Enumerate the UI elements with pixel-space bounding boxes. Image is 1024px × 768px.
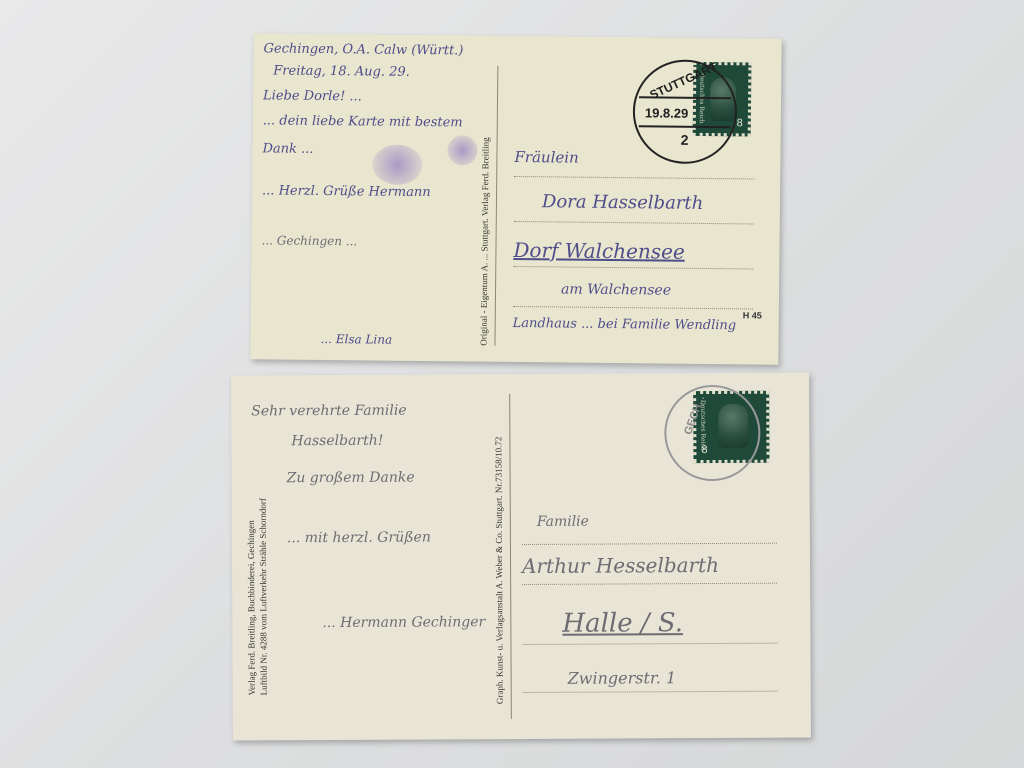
postmark: STUTTGART 19.8.29 2 — [632, 59, 737, 164]
address-line-4: am Walchensee — [561, 281, 671, 298]
postmark-number: 2 — [681, 132, 689, 148]
address-line-1: Familie — [537, 514, 589, 530]
message-line: Sehr verehrte Familie — [251, 403, 406, 420]
stamp-value: 8 — [737, 117, 743, 129]
message-line: Freitag, 18. Aug. 29. — [273, 63, 410, 79]
postmark-date: 19.8.29 — [645, 105, 689, 120]
card-number: H 45 — [743, 310, 762, 320]
message-line: ... Elsa Lina — [320, 332, 392, 347]
address-line-3: Halle / S. — [562, 608, 683, 639]
publisher-imprint-right: Graph. Kunst- u. Verlagsanstalt A. Weber… — [493, 404, 505, 704]
address-line — [514, 221, 754, 225]
postcard-top: Gechingen, O.A. Calw (Württ.) Freitag, 1… — [250, 33, 781, 365]
address-line — [522, 583, 777, 585]
postcard-bottom: Sehr verehrte Familie Hasselbarth! Zu gr… — [231, 372, 811, 740]
address-line — [522, 543, 777, 545]
message-line: ... Herzl. Grüße Hermann — [262, 183, 431, 200]
message-line: ... Hermann Gechinger — [322, 614, 485, 631]
ink-smudge — [372, 144, 422, 185]
address-line-5: Landhaus ... bei Familie Wendling — [513, 316, 737, 333]
address-line-2: Arthur Hesselbarth — [522, 553, 719, 578]
publisher-imprint-left: Verlag Ferd. Breitling, Buchbinderei, Ge… — [245, 415, 256, 695]
address-line-2: Dora Hasselbarth — [542, 191, 704, 214]
address-line — [522, 643, 777, 645]
address-line-3: Dorf Walchensee — [513, 238, 685, 264]
postmark: GECH... — [664, 385, 761, 482]
postmark-bar — [639, 125, 731, 128]
message-line: Hasselbarth! — [291, 433, 383, 449]
address-line — [513, 266, 753, 270]
message-line: ... mit herzl. Grüßen — [287, 529, 431, 546]
divider-line — [509, 394, 512, 719]
postmark-city: GECH... — [682, 394, 707, 437]
message-line: Gechingen, O.A. Calw (Württ.) — [263, 41, 463, 58]
address-line-4: Zwingerstr. 1 — [568, 668, 677, 688]
message-line: Liebe Dorle! ... — [263, 88, 362, 104]
address-line-1: Fräulein — [514, 148, 579, 167]
publisher-imprint-left-2: Luftbild Nr. 4288 vom Luftverkehr Strähl… — [257, 415, 268, 695]
address-line — [514, 176, 754, 180]
divider-line — [494, 66, 498, 346]
address-line — [523, 691, 778, 693]
message-line: ... dein liebe Karte mit bestem — [263, 113, 463, 130]
publisher-imprint: Original - Eigentum A. ... Stuttgart. Ve… — [478, 76, 491, 346]
message-line: Zu großem Danke — [287, 470, 415, 487]
ink-smudge — [447, 135, 477, 165]
address-line — [513, 306, 753, 310]
message-line: Dank ... — [262, 141, 313, 157]
message-line: ... Gechingen ... — [261, 233, 357, 248]
